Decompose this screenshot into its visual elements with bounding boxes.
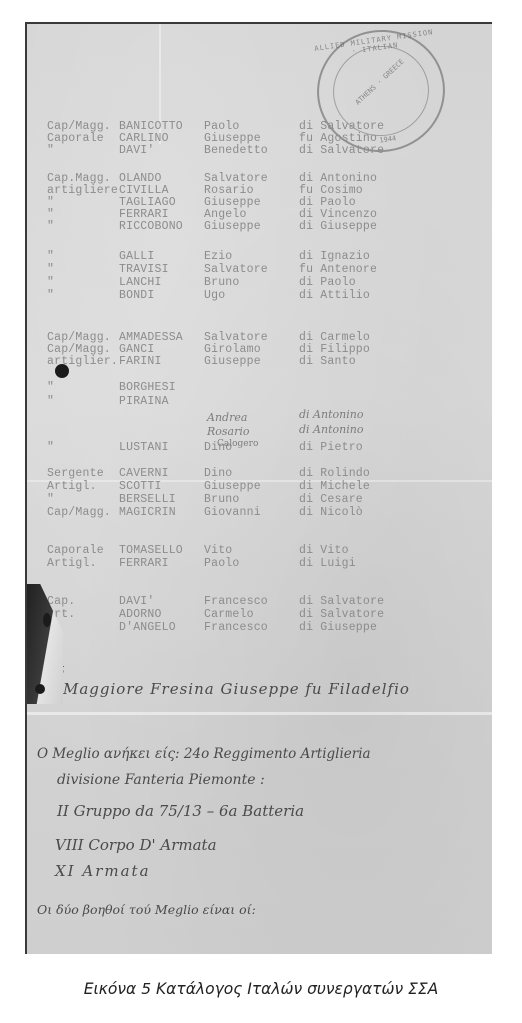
rank-cell: " (47, 250, 54, 263)
father-name-cell: di Giuseppe (299, 220, 377, 233)
rank-cell: " (47, 493, 54, 506)
surname-cell: LUSTANI (119, 441, 169, 454)
rank-cell: Cap. (47, 595, 75, 608)
roster-row: artiglier.FARINIGiuseppedi Santo (27, 355, 492, 368)
handwritten-first-name: Andrea (207, 411, 247, 424)
rank-cell: Cap/Magg. (47, 506, 111, 519)
surname-cell: SCOTTI (119, 480, 162, 493)
rank-cell: " (47, 220, 54, 233)
first-name-cell: Francesco (204, 595, 268, 608)
rank-cell: Artigl. (47, 557, 97, 570)
handwritten-major-line: Maggiore Fresina Giuseppe fu Filadelfio (63, 680, 410, 698)
surname-cell: DAVI' (119, 595, 155, 608)
surname-cell: TOMASELLO (119, 544, 183, 557)
father-name-cell: di Salvatore (299, 144, 384, 157)
surname-cell: RICCOBONO (119, 220, 183, 233)
first-name-cell: Giuseppe (204, 480, 261, 493)
first-name-cell: Dino (204, 467, 232, 480)
surname-cell: PIRAINA (119, 395, 169, 408)
roster-row: "PIRAINA (27, 395, 492, 408)
rank-cell: " (47, 395, 54, 408)
roster-row: Artigl.SCOTTIGiuseppedi Michele (27, 480, 492, 493)
handwritten-father-name: di Antonino (299, 423, 363, 436)
rank-cell: Caporale (47, 544, 104, 557)
father-name-cell: di Luigi (299, 557, 356, 570)
roster-row: SergenteCAVERNIDinodi Rolindo (27, 467, 492, 480)
roster-row: Artigl.FERRARIPaolodi Luigi (27, 557, 492, 570)
father-name-cell: di Cesare (299, 493, 363, 506)
father-name-cell: di Rolindo (299, 467, 370, 480)
surname-cell: TRAVISI (119, 263, 169, 276)
father-name-cell: di Salvatore (299, 595, 384, 608)
typed-roster: Cap/Magg.BANICOTTOPaolodi SalvatoreCapor… (27, 24, 492, 704)
roster-row: "RICCOBONOGiuseppedi Giuseppe (27, 220, 492, 233)
first-name-cell: Giuseppe (204, 355, 261, 368)
surname-cell: DAVI' (119, 144, 155, 157)
first-name-cell: Salvatore (204, 263, 268, 276)
father-name-cell: di Attilio (299, 289, 370, 302)
handwritten-line: Ο Meglio ανήκει είς: 24ο Reggimento Arti… (37, 746, 371, 762)
father-name-cell: di Paolo (299, 276, 356, 289)
handwritten-line: VIII Corpo D' Armata (55, 836, 217, 854)
rank-cell: " (47, 441, 54, 454)
roster-row: Cap.DAVI'Francescodi Salvatore (27, 595, 492, 608)
handwritten-note: Calogero (217, 439, 258, 449)
surname-cell: LANCHI (119, 276, 162, 289)
father-name-cell: di Santo (299, 355, 356, 368)
father-name-cell: di Pietro (299, 441, 363, 454)
roster-row: Art.ADORNOCarmelodi Salvatore (27, 608, 492, 621)
handwritten-line: Οι δύο βοηθοί τού Meglio είναι οί: (37, 902, 256, 917)
roster-row: D'ANGELOFrancescodi Giuseppe (27, 621, 492, 634)
first-name-cell: Paolo (204, 557, 240, 570)
roster-row: "GALLIEziodi Ignazio (27, 250, 492, 263)
surname-cell: BERSELLI (119, 493, 176, 506)
document-photo: ALLIED MILITARY MISSION · ITALIAN ATHENS… (25, 22, 492, 954)
surname-cell: BORGHESI (119, 381, 176, 394)
roster-row: "LANCHIBrunodi Paolo (27, 276, 492, 289)
roster-row: "TRAVISISalvatorefu Antenore (27, 263, 492, 276)
rank-cell: Artigl. (47, 480, 97, 493)
rank-cell: " (47, 276, 54, 289)
father-name-cell: di Nicolò (299, 506, 363, 519)
surname-cell: GALLI (119, 250, 155, 263)
roster-row: "DAVI'Benedettodi Salvatore (27, 144, 492, 157)
first-name-cell: Giovanni (204, 506, 261, 519)
surname-cell: ADORNO (119, 608, 162, 621)
surname-cell: FERRARI (119, 557, 169, 570)
first-name-cell: Ezio (204, 250, 232, 263)
surname-cell: FARINI (119, 355, 162, 368)
handwritten-first-name: Rosario (207, 425, 250, 438)
father-name-cell: di Salvatore (299, 608, 384, 621)
figure-caption: Εικόνα 5 Κατάλογος Ιταλών συνεργατών ΣΣΑ (0, 980, 522, 998)
father-name-cell: fu Antenore (299, 263, 377, 276)
paper-fold (27, 712, 492, 715)
first-name-cell: Carmelo (204, 608, 254, 621)
surname-cell: BONDI (119, 289, 155, 302)
handwritten-father-name: di Antonino (299, 408, 363, 421)
first-name-cell: Vito (204, 544, 232, 557)
first-name-cell: Giuseppe (204, 220, 261, 233)
rank-cell: " (47, 263, 54, 276)
father-name-cell: di Vito (299, 544, 349, 557)
roster-row: "BERSELLIBrunodi Cesare (27, 493, 492, 506)
rank-cell: " (47, 144, 54, 157)
first-name-cell: Bruno (204, 276, 240, 289)
handwritten-line: XI Armata (55, 862, 151, 880)
rank-cell: " (47, 381, 54, 394)
punch-hole (35, 684, 45, 694)
first-name-cell: Francesco (204, 621, 268, 634)
handwritten-line: divisione Fanteria Piemonte : (57, 772, 265, 788)
surname-cell: MAGICRIN (119, 506, 176, 519)
punch-hole (43, 613, 51, 627)
punch-hole (55, 364, 69, 378)
roster-row: "BORGHESI (27, 381, 492, 394)
father-name-cell: di Ignazio (299, 250, 370, 263)
father-name-cell: di Giuseppe (299, 621, 377, 634)
rank-cell: " (47, 289, 54, 302)
surname-cell: D'ANGELO (119, 621, 176, 634)
first-name-cell: Benedetto (204, 144, 268, 157)
father-name-cell: di Michele (299, 480, 370, 493)
roster-row: CaporaleTOMASELLOVitodi Vito (27, 544, 492, 557)
first-name-cell: Ugo (204, 289, 225, 302)
roster-row: Cap/Magg.MAGICRINGiovannidi Nicolò (27, 506, 492, 519)
roster-row: "BONDIUgodi Attilio (27, 289, 492, 302)
surname-cell: CAVERNI (119, 467, 169, 480)
roster-row: "LUSTANIDinodi Pietro (27, 441, 492, 454)
rank-cell: Sergente (47, 467, 104, 480)
handwritten-line: II Gruppo da 75/13 – 6a Batteria (57, 802, 304, 820)
first-name-cell: Bruno (204, 493, 240, 506)
